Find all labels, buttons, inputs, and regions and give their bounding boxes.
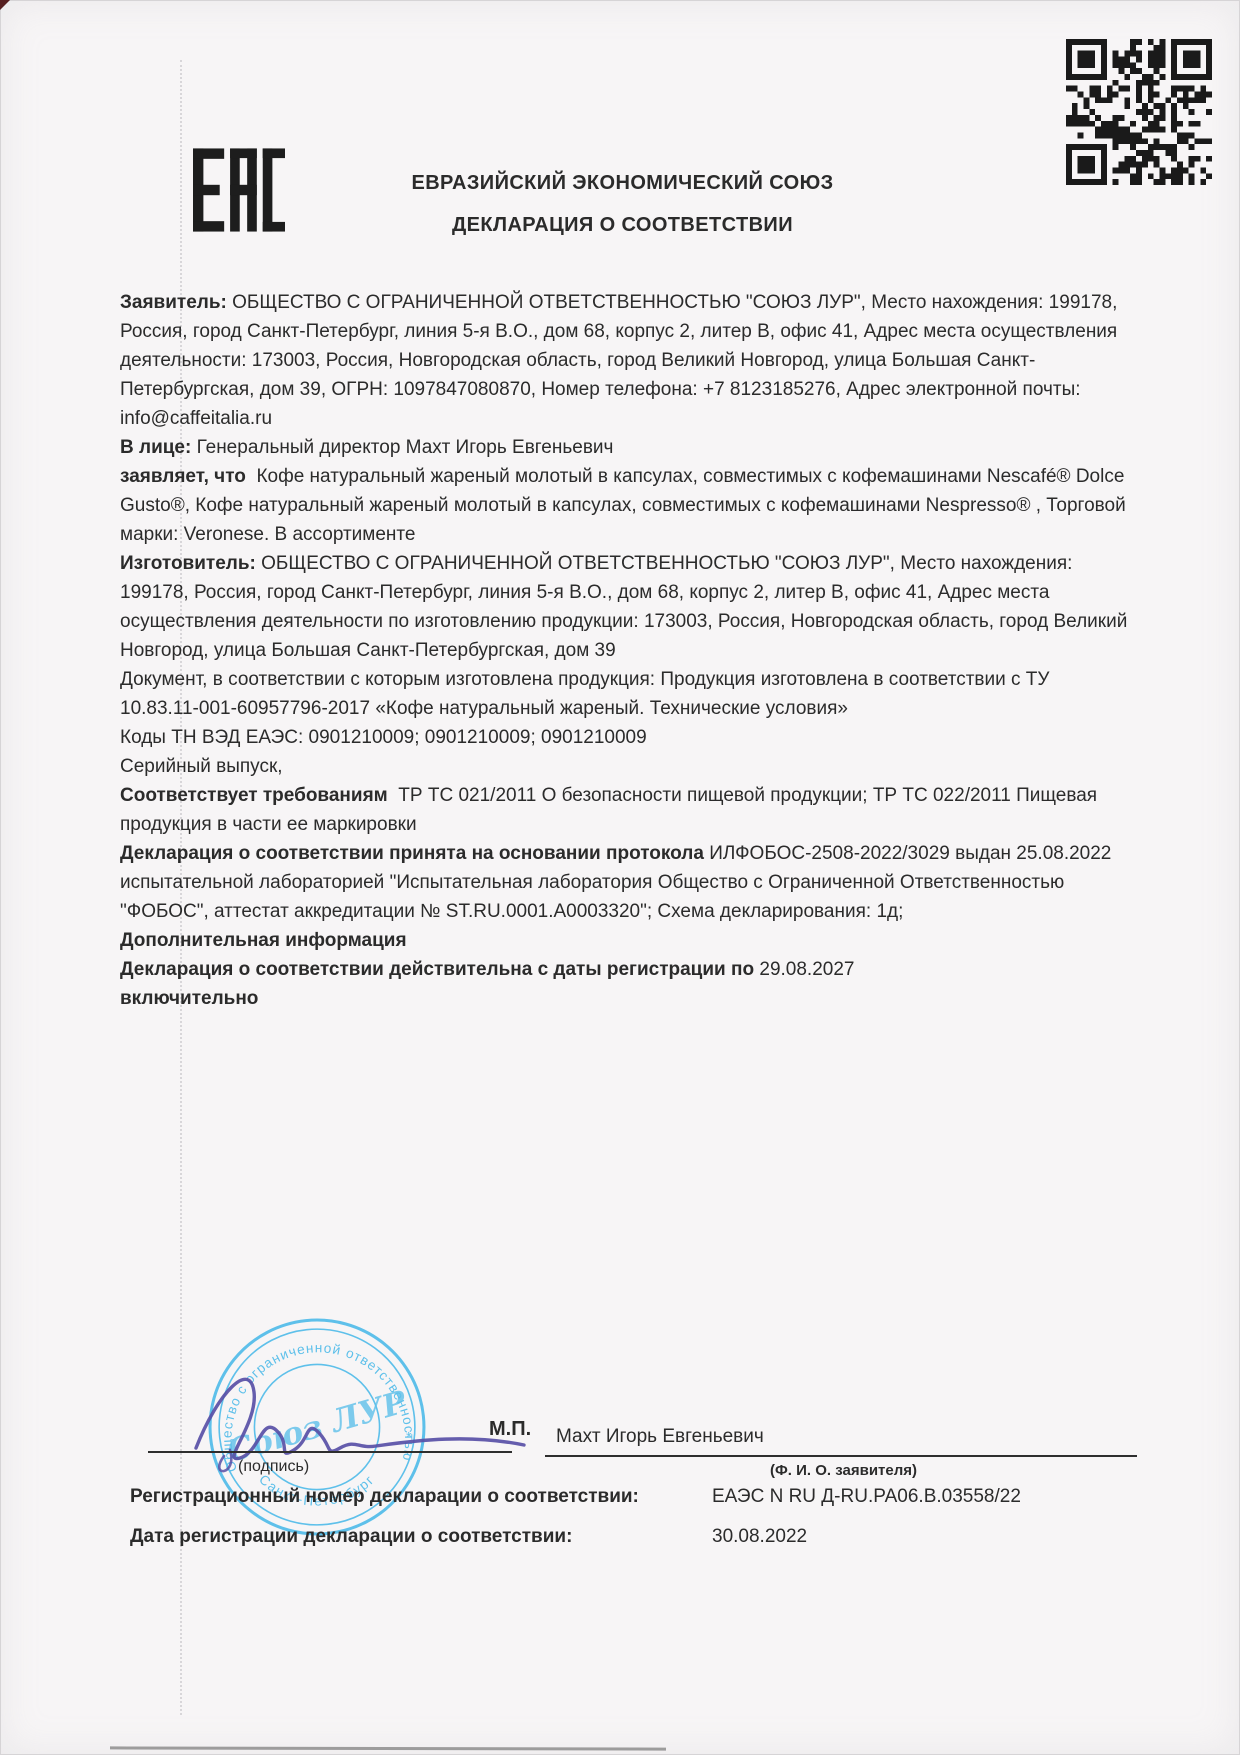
- serial-release-text: Серийный выпуск,: [120, 756, 283, 777]
- applicant-label: Заявитель:: [120, 292, 227, 313]
- basis-label: Декларация о соответствии принята на осн…: [120, 843, 704, 864]
- validity-date: 29.08.2027: [759, 959, 854, 980]
- product-document-text: Документ, в соответствии с которым изгот…: [120, 669, 1049, 719]
- signer-name-line: [545, 1455, 1137, 1457]
- document-title: ДЕКЛАРАЦИЯ О СООТВЕТСТВИИ: [120, 214, 1125, 237]
- validity-suffix: включительно: [120, 988, 258, 1009]
- registration-date-value: 30.08.2022: [712, 1526, 807, 1548]
- signer-name: Махт Игорь Евгеньевич: [556, 1426, 764, 1448]
- compliance-label: Соответствует требованиям: [120, 785, 388, 806]
- applicant-text: ОБЩЕСТВО С ОГРАНИЧЕННОЙ ОТВЕТСТВЕННОСТЬЮ…: [120, 292, 1117, 429]
- qr-code-icon: [1066, 38, 1212, 186]
- compliance-paragraph: Соответствует требованиям ТР ТС 021/2011…: [120, 781, 1128, 839]
- signature-line: [148, 1451, 512, 1453]
- person-label: В лице:: [120, 437, 191, 458]
- scan-edge-smudge: [110, 1746, 666, 1750]
- validity-paragraph: Декларация о соответствии действительна …: [120, 955, 1128, 1013]
- additional-info-label: Дополнительная информация: [120, 930, 407, 951]
- validity-label: Декларация о соответствии действительна …: [120, 959, 754, 980]
- manufacturer-label: Изготовитель:: [120, 553, 256, 574]
- person-text: Генеральный директор Махт Игорь Евгеньев…: [197, 437, 614, 458]
- union-title: ЕВРАЗИЙСКИЙ ЭКОНОМИЧЕСКИЙ СОЮЗ: [120, 172, 1125, 195]
- document-body: Заявитель: ОБЩЕСТВО С ОГРАНИЧЕННОЙ ОТВЕТ…: [120, 288, 1128, 1013]
- declares-paragraph: заявляет, что Кофе натуральный жареный м…: [120, 462, 1128, 549]
- handwritten-signature: [178, 1352, 540, 1484]
- scan-corner-artifact: [0, 0, 10, 10]
- signature-caption: (подпись): [238, 1458, 309, 1476]
- tnved-codes-line: Коды ТН ВЭД ЕАЭС: 0901210009; 0901210009…: [120, 723, 1128, 752]
- applicant-paragraph: Заявитель: ОБЩЕСТВО С ОГРАНИЧЕННОЙ ОТВЕТ…: [120, 288, 1128, 433]
- basis-paragraph: Декларация о соответствии принята на осн…: [120, 839, 1128, 926]
- serial-release-line: Серийный выпуск,: [120, 752, 1128, 781]
- declares-text: Кофе натуральный жареный молотый в капсу…: [120, 466, 1126, 545]
- manufacturer-paragraph: Изготовитель: ОБЩЕСТВО С ОГРАНИЧЕННОЙ ОТ…: [120, 549, 1128, 665]
- registration-number-value: ЕАЭС N RU Д-RU.РА06.В.03558/22: [712, 1486, 1021, 1508]
- seal-place-label: М.П.: [489, 1418, 531, 1441]
- person-paragraph: В лице: Генеральный директор Махт Игорь …: [120, 433, 1128, 462]
- declaration-document: ЕВРАЗИЙСКИЙ ЭКОНОМИЧЕСКИЙ СОЮЗ ДЕКЛАРАЦИ…: [0, 0, 1240, 1755]
- fio-caption: (Ф. И. О. заявителя): [770, 1462, 917, 1479]
- tnved-codes-text: Коды ТН ВЭД ЕАЭС: 0901210009; 0901210009…: [120, 727, 647, 748]
- manufacturer-text: ОБЩЕСТВО С ОГРАНИЧЕННОЙ ОТВЕТСТВЕННОСТЬЮ…: [120, 553, 1127, 661]
- registration-date-label: Дата регистрации декларации о соответств…: [130, 1526, 572, 1548]
- declares-label: заявляет, что: [120, 466, 246, 487]
- registration-number-label: Регистрационный номер декларации о соотв…: [130, 1486, 639, 1508]
- additional-info-heading: Дополнительная информация: [120, 926, 1128, 955]
- product-document-paragraph: Документ, в соответствии с которым изгот…: [120, 665, 1128, 723]
- qr-code: [1066, 38, 1212, 186]
